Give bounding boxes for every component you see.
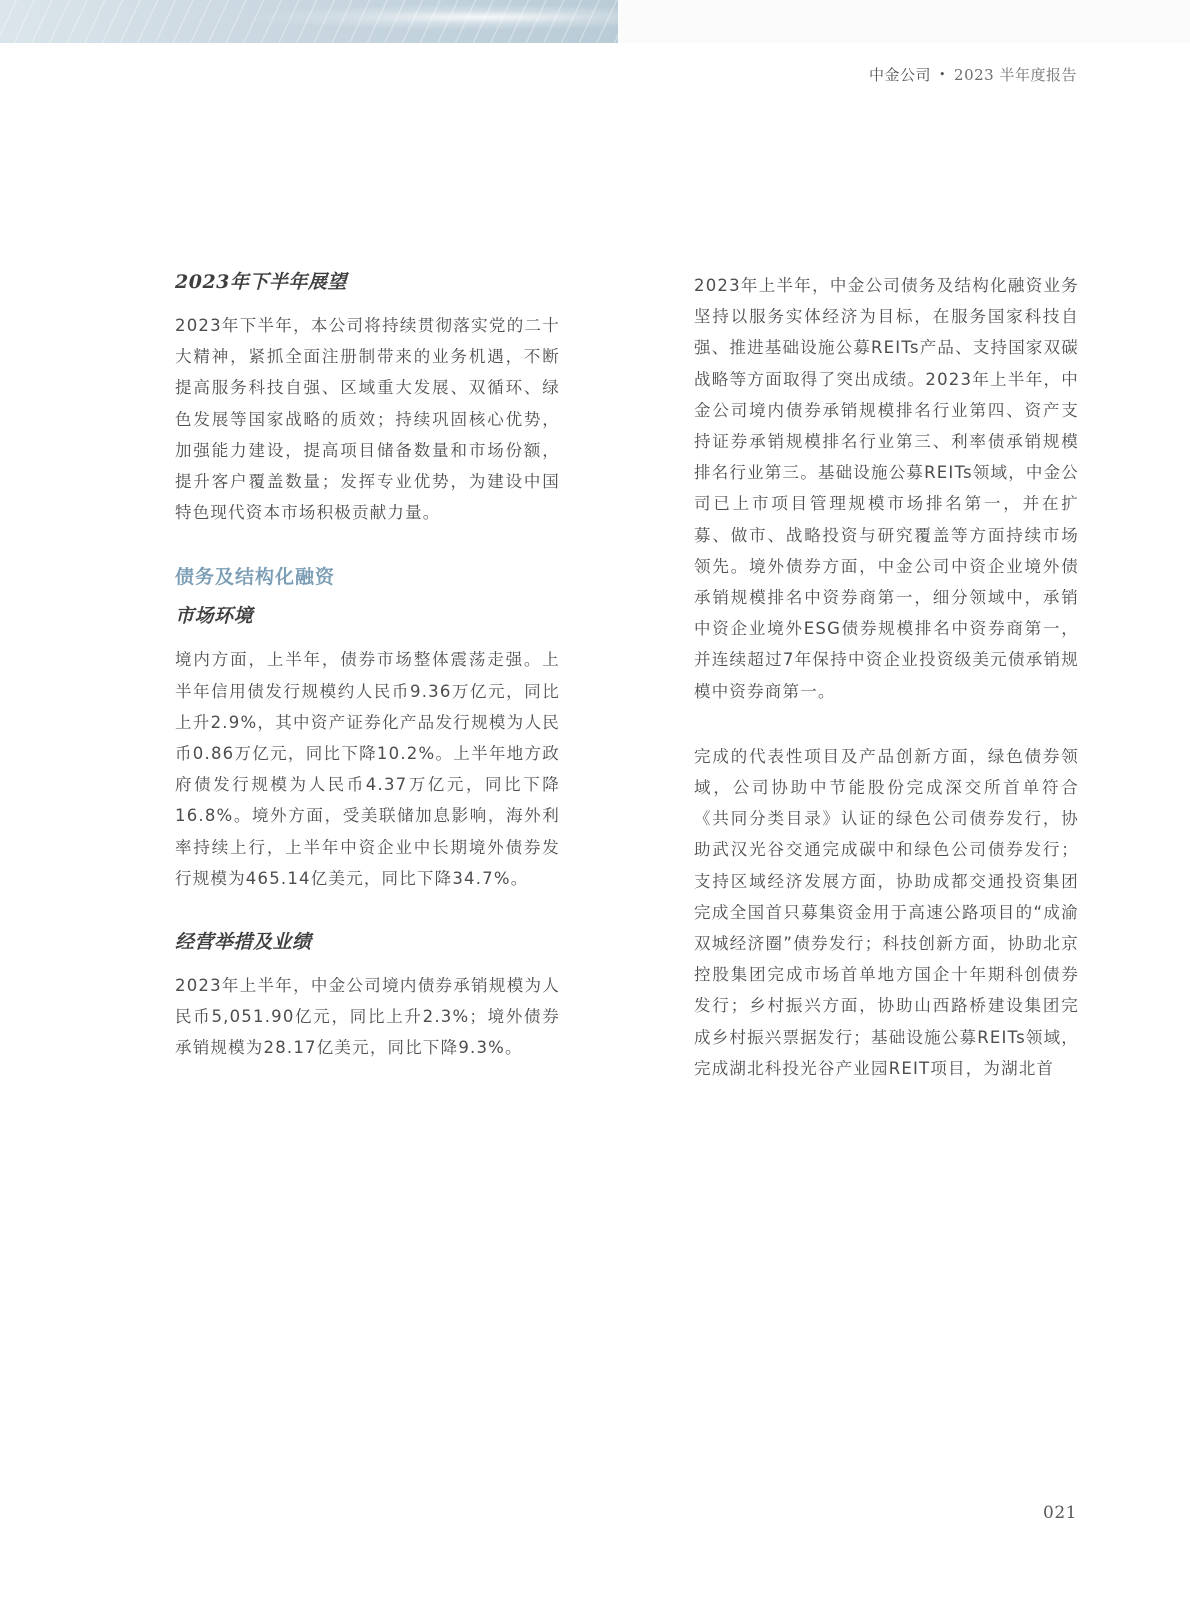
market-environment-paragraph: 境内方面，上半年，债券市场整体震荡走强。上半年信用债发行规模约人民币9.36万亿… xyxy=(175,644,560,894)
header-banner-blank xyxy=(618,0,1190,43)
separator-bullet: • xyxy=(939,68,946,81)
outlook-heading: 2023年下半年展望 xyxy=(175,268,560,296)
section-heading-debt-financing: 债务及结构化融资 xyxy=(175,562,560,592)
representative-projects-paragraph: 完成的代表性项目及产品创新方面，绿色债券领域，公司协助中节能股份完成深交所首单符… xyxy=(694,741,1079,1084)
right-column: 2023年上半年，中金公司债务及结构化融资业务坚持以服务实体经济为目标，在服务国… xyxy=(694,270,1079,1084)
page-number: 021 xyxy=(1043,1503,1077,1523)
header-banner-image xyxy=(0,0,618,43)
report-title: 2023 半年度报告 xyxy=(954,66,1077,84)
outlook-paragraph: 2023年下半年，本公司将持续贯彻落实党的二十大精神，紧抓全面注册制带来的业务机… xyxy=(175,310,560,528)
left-column: 2023年下半年展望 2023年下半年，本公司将持续贯彻落实党的二十大精神，紧抓… xyxy=(175,268,560,1064)
achievements-paragraph: 2023年上半年，中金公司债务及结构化融资业务坚持以服务实体经济为目标，在服务国… xyxy=(694,270,1079,707)
operations-paragraph: 2023年上半年，中金公司境内债券承销规模为人民币5,051.90亿元，同比上升… xyxy=(175,970,560,1064)
company-name: 中金公司 xyxy=(869,66,931,84)
running-header: 中金公司•2023 半年度报告 xyxy=(869,64,1077,85)
market-environment-heading: 市场环境 xyxy=(175,602,560,630)
operations-heading: 经营举措及业绩 xyxy=(175,928,560,956)
